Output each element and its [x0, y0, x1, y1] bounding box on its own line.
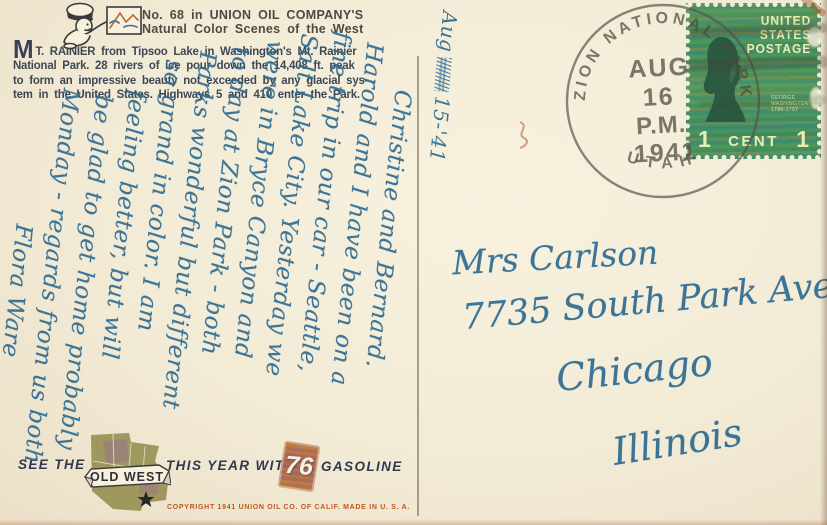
date-month: Aug: [434, 10, 462, 54]
message-handwriting: Christine and Bernard. Harold and I have…: [0, 0, 424, 507]
date-day-year: 15-'41: [425, 95, 455, 163]
card-bottom-edge: [0, 519, 827, 525]
address-state: Illinois: [609, 410, 745, 474]
postmark-month: AUG: [628, 52, 691, 83]
address-recipient: Mrs Carlson: [451, 233, 659, 283]
address-city: Chicago: [554, 340, 715, 400]
scribbled-word: [434, 57, 452, 92]
handwritten-date: Aug15-'41: [425, 10, 462, 163]
postmark-meridiem: P.M.: [635, 111, 687, 141]
card-right-edge: [820, 0, 827, 525]
stamp-denomination-right: 1: [796, 126, 809, 153]
red-ink-mark: [514, 120, 538, 150]
postmark-year: 1941: [633, 137, 698, 168]
postcard-back: No. 68 in UNION OIL COMPANY'S Natural Co…: [0, 0, 827, 525]
divider-line: [417, 56, 419, 516]
postmark-day: 16: [642, 82, 675, 112]
